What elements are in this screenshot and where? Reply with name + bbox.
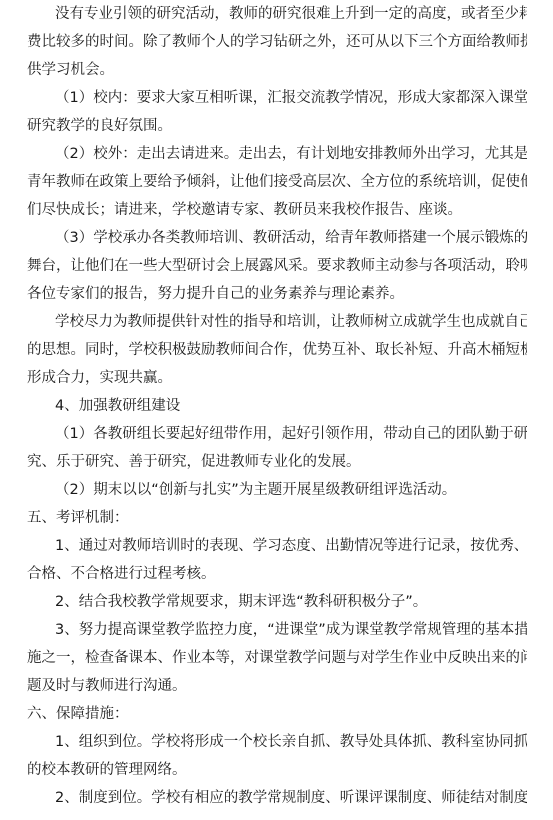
- text-line: 没有专业引领的研究活动，教师的研究很难上升到一定的高度，或者至少耗: [27, 0, 527, 28]
- text-line: 4、加强教研组建设: [27, 392, 527, 420]
- text-line: 究、乐于研究、善于研究，促进教师专业化的发展。: [27, 448, 527, 476]
- text-line: 青年教师在政策上要给予倾斜，让他们接受高层次、全方位的系统培训，促使他: [27, 168, 527, 196]
- text-line: 费比较多的时间。除了教师个人的学习钻研之外，还可从以下三个方面给教师提: [27, 28, 527, 56]
- text-line: 题及时与教师进行沟通。: [27, 672, 527, 700]
- text-line: 五、考评机制：: [27, 504, 527, 532]
- text-line: 们尽快成长；请进来，学校邀请专家、教研员来我校作报告、座谈。: [27, 196, 527, 224]
- text-line: 供学习机会。: [27, 56, 527, 84]
- text-line: 形成合力，实现共赢。: [27, 364, 527, 392]
- text-line: 学校尽力为教师提供针对性的指导和培训，让教师树立成就学生也成就自己: [27, 308, 527, 336]
- text-line: 的思想。同时，学校积极鼓励教师间合作，优势互补、取长补短、升高木桶短板，: [27, 336, 527, 364]
- text-line: 合格、不合格进行过程考核。: [27, 560, 527, 588]
- text-line: 2、制度到位。学校有相应的教学常规制度、听课评课制度、师徒结对制度: [27, 784, 527, 812]
- text-line: （3）学校承办各类教师培训、教研活动，给青年教师搭建一个展示锻炼的: [27, 224, 527, 252]
- text-line: 2、结合我校教学常规要求，期末评选“教科研积极分子”。: [27, 588, 527, 616]
- text-line: 的校本教研的管理网络。: [27, 756, 527, 784]
- text-line: （2）期末以以“创新与扎实”为主题开展星级教研组评选活动。: [27, 476, 527, 504]
- text-line: 六、保障措施：: [27, 700, 527, 728]
- text-line: 施之一，检查备课本、作业本等，对课堂教学问题与对学生作业中反映出来的问: [27, 644, 527, 672]
- text-line: 1、组织到位。学校将形成一个校长亲自抓、教导处具体抓、教科室协同抓: [27, 728, 527, 756]
- text-line: 1、通过对教师培训时的表现、学习态度、出勤情况等进行记录，按优秀、: [27, 532, 527, 560]
- text-line: 舞台，让他们在一些大型研讨会上展露风采。要求教师主动参与各项活动，聆听: [27, 252, 527, 280]
- text-line: 3、努力提高课堂教学监控力度，“进课堂”成为课堂教学常规管理的基本措: [27, 616, 527, 644]
- text-line: 研究教学的良好氛围。: [27, 112, 527, 140]
- text-line: （1）各教研组长要起好纽带作用，起好引领作用，带动自己的团队勤于研: [27, 420, 527, 448]
- text-line: （1）校内：要求大家互相听课，汇报交流教学情况，形成大家都深入课堂，: [27, 84, 527, 112]
- document-page: 没有专业引领的研究活动，教师的研究很难上升到一定的高度，或者至少耗费比较多的时间…: [27, 0, 527, 812]
- text-line: （2）校外：走出去请进来。走出去，有计划地安排教师外出学习，尤其是: [27, 140, 527, 168]
- text-line: 各位专家们的报告，努力提升自己的业务素养与理论素养。: [27, 280, 527, 308]
